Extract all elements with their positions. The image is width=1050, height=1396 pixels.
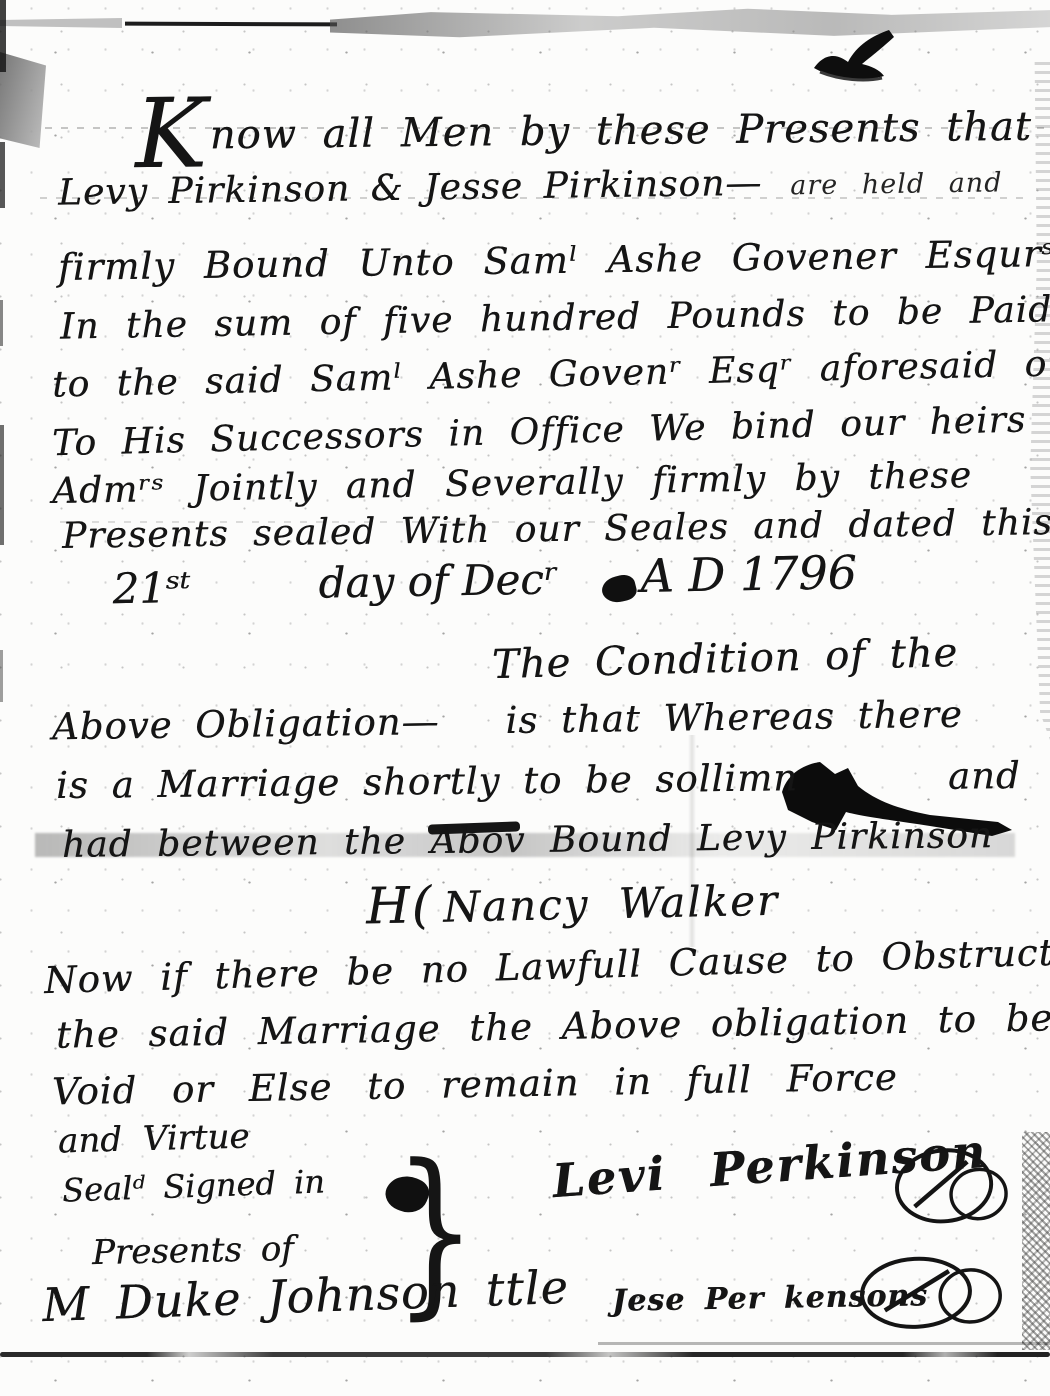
doc-line-opening-text: now all Men by these Presents that We — [210, 103, 1050, 159]
attestation-line-2: Presents of — [92, 1230, 294, 1273]
doc-line-sum: In the sum of five hundred Pounds to be … — [60, 289, 1050, 348]
doc-line-opening: Know all Men by these Presents that We — [135, 98, 1050, 161]
marriage-b: and — [948, 754, 1021, 798]
held-and-text: are held and — [790, 167, 1003, 201]
date-day: 21ˢᵗ — [112, 564, 191, 614]
scan-edge-strip — [0, 142, 5, 208]
scan-edge-band-top-left — [0, 18, 122, 28]
doc-line-bride: H(Nancy Walker — [365, 870, 779, 936]
scan-shadow-left — [0, 52, 46, 148]
doc-line-between: had between the Abov Bound Levy Pirkinso… — [62, 815, 993, 866]
bride-name: Nancy Walker — [443, 876, 780, 932]
scan-edge-strip — [0, 0, 6, 72]
scan-edge-line-top — [125, 22, 337, 27]
attestation-line-1: Sealᵈ Signed in — [61, 1163, 325, 1209]
obligation-a: Above Obligation— — [52, 700, 440, 748]
scan-edge-strip — [0, 300, 3, 346]
doc-line-virtue: and Virtue — [58, 1118, 250, 1162]
doc-line-remain-force: Void or Else to remain in full Force — [52, 1057, 898, 1114]
doc-line-bound-unto: firmly Bound Unto Samˡ Ashe Govener Esqu… — [58, 233, 1050, 289]
obligation-b: is that Whereas there — [505, 693, 963, 742]
principal-names: Levy Pirkinson & Jesse Pirkinson— — [58, 163, 763, 214]
scan-edge-band-right-bottom — [1022, 1132, 1050, 1350]
doc-line-marriage: is a Marriage shortly to be sollimnand — [56, 755, 1021, 808]
scan-edge-strip — [0, 650, 3, 702]
scan-edge-strip — [0, 425, 4, 545]
doc-line-obligation: Above Obligation—is that Whereas there — [52, 694, 963, 749]
date-month: day of Decʳ — [318, 555, 559, 607]
document-page: Know all Men by these Presents that We L… — [0, 0, 1050, 1396]
seal-flourish-levi — [888, 1130, 1016, 1242]
ink-blot — [599, 572, 638, 605]
doc-line-lawfull-cause: Now if there be no Lawfull Cause to Obst… — [44, 932, 1050, 1003]
doc-line-paid-to: to the said Samˡ Ashe Govenʳ Esqʳ afores… — [52, 343, 1050, 406]
doc-line-successors: To His Successors in Office We bind our … — [52, 397, 1050, 465]
seal-flourish-jesse — [856, 1248, 1006, 1338]
scan-edge-band-top — [330, 6, 1050, 40]
ink-mark-top-right — [810, 28, 910, 90]
scan-scratch-line-bottom — [0, 1352, 1050, 1357]
date-year: A D 1796 — [640, 546, 857, 603]
doc-line-jointly: Admʳˢ Jointly and Severally firmly by th… — [52, 455, 973, 512]
doc-line-sealed-dated: Presents sealed With our Seales and date… — [62, 502, 1050, 557]
doc-line-condition: The Condition of the — [491, 630, 958, 688]
marriage-a: is a Marriage shortly to be sollimn — [56, 756, 798, 807]
scan-scratch-line-bottom — [598, 1342, 1050, 1345]
flourish-mark: H( — [365, 876, 433, 935]
doc-line-obligation-void: the said Marriage the Above obligation t… — [56, 997, 1050, 1057]
